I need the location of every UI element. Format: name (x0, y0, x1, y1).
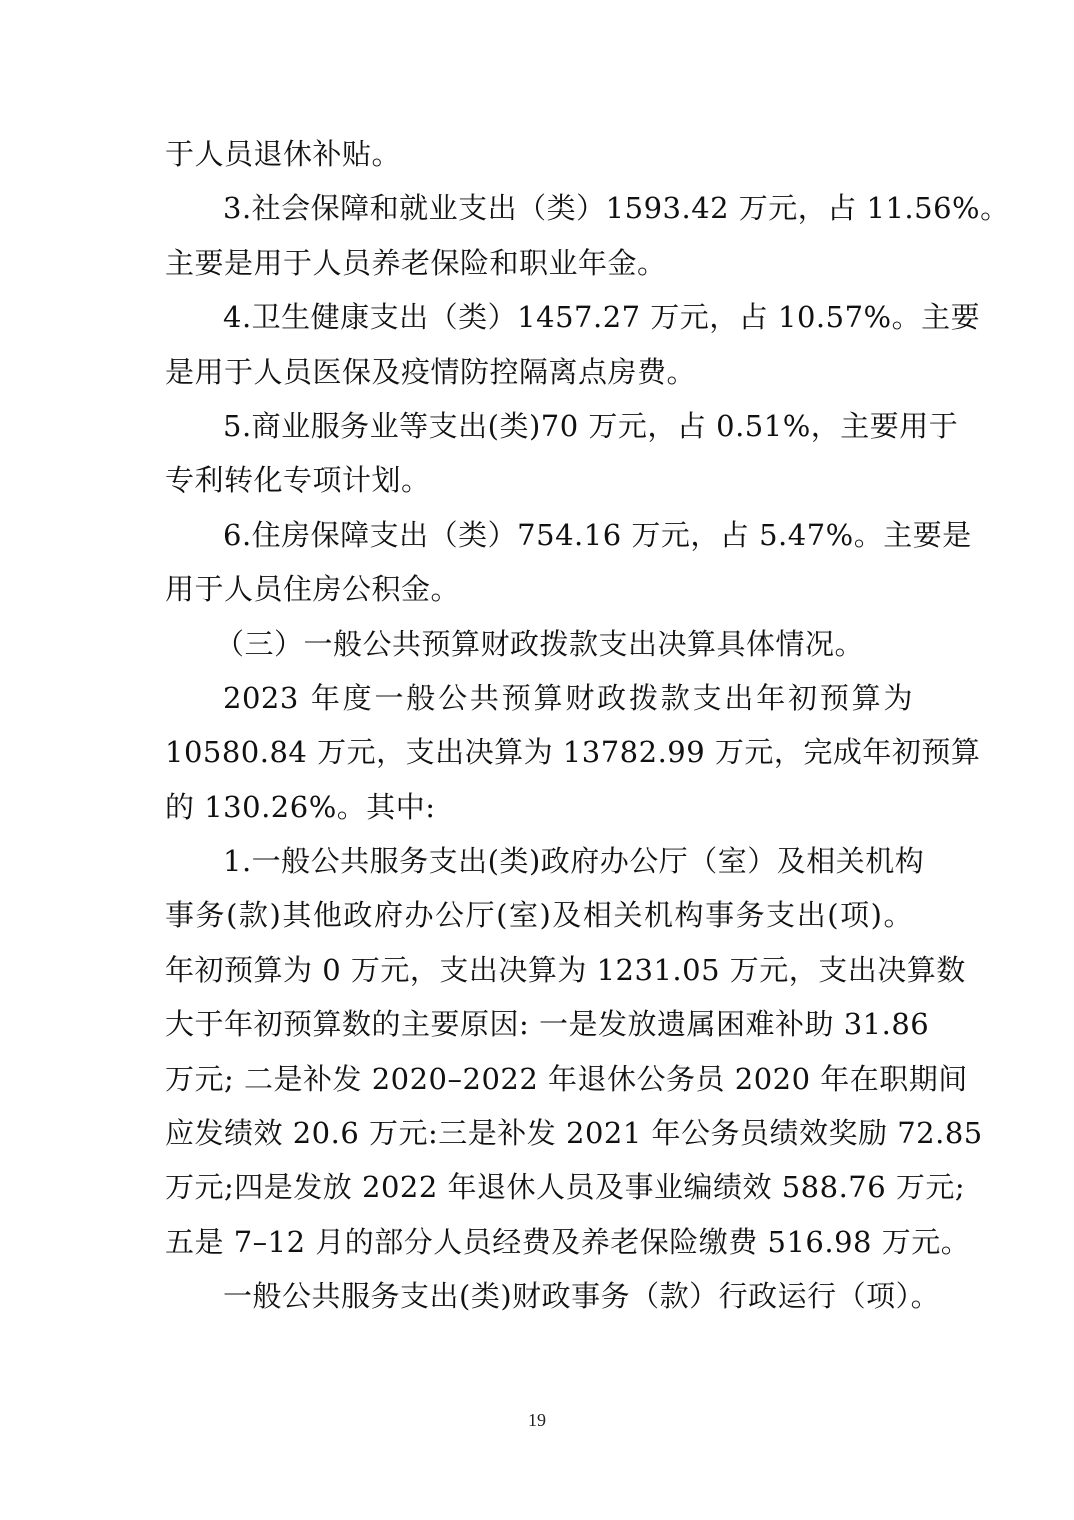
section-heading: （三）一般公共预算财政拨款支出决算具体情况。 (165, 617, 913, 671)
paragraph-line: 应发绩效 20.6 万元:三是补发 2021 年公务员绩效奖励 72.85 (165, 1106, 913, 1160)
paragraph-line: 万元;四是发放 2022 年退休人员及事业编绩效 588.76 万元; (165, 1160, 913, 1214)
paragraph-line: 1.一般公共服务支出(类)政府办公厅（室）及相关机构 (165, 834, 913, 888)
page-number: 19 (0, 1410, 1074, 1431)
paragraph-line: 万元; 二是补发 2020–2022 年退休公务员 2020 年在职期间 (165, 1052, 913, 1106)
paragraph-line: 大于年初预算数的主要原因: 一是发放遗属困难补助 31.86 (165, 997, 913, 1051)
paragraph-line: 年初预算为 0 万元，支出决算为 1231.05 万元，支出决算数 (165, 943, 913, 997)
document-page: 于人员退休补贴。 3.社会保障和就业支出（类）1593.42 万元，占 11.5… (165, 127, 913, 1324)
paragraph-line: 于人员退休补贴。 (165, 127, 913, 181)
paragraph-line: 4.卫生健康支出（类）1457.27 万元，占 10.57%。主要 (165, 290, 913, 344)
paragraph-line: 专利转化专项计划。 (165, 453, 913, 507)
paragraph-line: 的 130.26%。其中: (165, 780, 913, 834)
paragraph-line: 用于人员住房公积金。 (165, 562, 913, 616)
paragraph-line: 2023 年度一般公共预算财政拨款支出年初预算为 (165, 671, 913, 725)
paragraph-line: 5.商业服务业等支出(类)70 万元，占 0.51%，主要用于 (165, 399, 913, 453)
paragraph-line: 五是 7–12 月的部分人员经费及养老保险缴费 516.98 万元。 (165, 1215, 913, 1269)
paragraph-line: 事务(款)其他政府办公厅(室)及相关机构事务支出(项)。 (165, 888, 913, 942)
paragraph-line: 10580.84 万元，支出决算为 13782.99 万元，完成年初预算 (165, 725, 913, 779)
paragraph-line: 一般公共服务支出(类)财政事务（款）行政运行（项）。 (165, 1269, 913, 1323)
paragraph-line: 是用于人员医保及疫情防控隔离点房费。 (165, 345, 913, 399)
paragraph-line: 主要是用于人员养老保险和职业年金。 (165, 236, 913, 290)
paragraph-line: 6.住房保障支出（类）754.16 万元，占 5.47%。主要是 (165, 508, 913, 562)
paragraph-line: 3.社会保障和就业支出（类）1593.42 万元，占 11.56%。 (165, 181, 913, 235)
